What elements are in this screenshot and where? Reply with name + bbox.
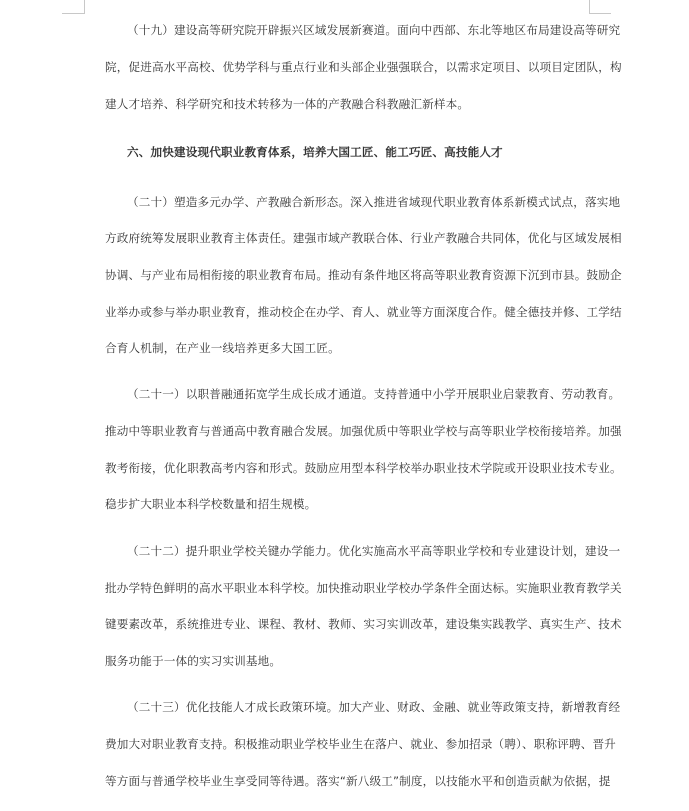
- paragraph-19-line-1: （十九）建设高等研究院开辟振兴区域发展新赛道。面向中西部、东北等地区布局建设高等…: [127, 22, 591, 38]
- paragraph-21-line-4: 稳步扩大职业本科学校数量和招生规模。: [105, 496, 591, 512]
- paragraph-23-line-3: 等方面与普通学校毕业生享受同等待遇。落实“新八级工”制度，以技能水平和创造贡献为…: [105, 773, 591, 789]
- paragraph-22-line-1: （二十二）提升职业学校关键办学能力。优化实施高水平高等职业学校和专业建设计划，建…: [127, 543, 591, 559]
- page-corner-mark-top-right: [589, 0, 611, 14]
- paragraph-20-line-5: 合育人机制，在产业一线培养更多大国工匠。: [105, 340, 591, 356]
- paragraph-20-line-2: 方政府统筹发展职业教育主体责任。建强市域产教联合体、行业产教融合共同体，优化与区…: [105, 230, 591, 246]
- paragraph-23-line-2: 费加大对职业教育支持。积极推动职业学校毕业生在落户、就业、参加招录（聘）、职称评…: [105, 736, 591, 752]
- paragraph-22-line-2: 批办学特色鲜明的高水平职业本科学校。加快推动职业学校办学条件全面达标。实施职业教…: [105, 580, 591, 596]
- paragraph-22-line-3: 键要素改革，系统推进专业、课程、教材、教师、实习实训改革，建设集实践教学、真实生…: [105, 616, 591, 632]
- paragraph-21-line-3: 教考衔接，优化职教高考内容和形式。鼓励应用型本科学校举办职业技术学院或开设职业技…: [105, 460, 591, 476]
- paragraph-23-line-1: （二十三）优化技能人才成长政策环境。加大产业、财政、金融、就业等政策支持，新增教…: [127, 699, 591, 715]
- section-heading-6: 六、加快建设现代职业教育体系，培养大国工匠、能工巧匠、高技能人才: [127, 144, 591, 160]
- paragraph-20-line-3: 协调、与产业布局相衔接的职业教育布局。推动有条件地区将高等职业教育资源下沉到市县…: [105, 267, 591, 283]
- paragraph-19-line-3: 建人才培养、科学研究和技术转移为一体的产教融合科教融汇新样本。: [105, 96, 591, 112]
- document-page: （十九）建设高等研究院开辟振兴区域发展新赛道。面向中西部、东北等地区布局建设高等…: [0, 0, 689, 811]
- paragraph-19-line-2: 院，促进高水平高校、优势学科与重点行业和头部企业强强联合，以需求定项目、以项目定…: [105, 59, 591, 75]
- paragraph-21-line-2: 推动中等职业教育与普通高中教育融合发展。加强优质中等职业学校与高等职业学校衔接培…: [105, 423, 591, 439]
- paragraph-20-line-1: （二十）塑造多元办学、产教融合新形态。深入推进省域现代职业教育体系新模式试点，落…: [127, 194, 591, 210]
- paragraph-22-line-4: 服务功能于一体的实习实训基地。: [105, 653, 591, 669]
- paragraph-21-line-1: （二十一）以职普融通拓宽学生成长成才通道。支持普通中小学开展职业启蒙教育、劳动教…: [127, 386, 591, 402]
- paragraph-20-line-4: 业举办或参与举办职业教育，推动校企在办学、育人、就业等方面深度合作。健全德技并修…: [105, 304, 591, 320]
- page-corner-mark-top-left: [62, 0, 85, 14]
